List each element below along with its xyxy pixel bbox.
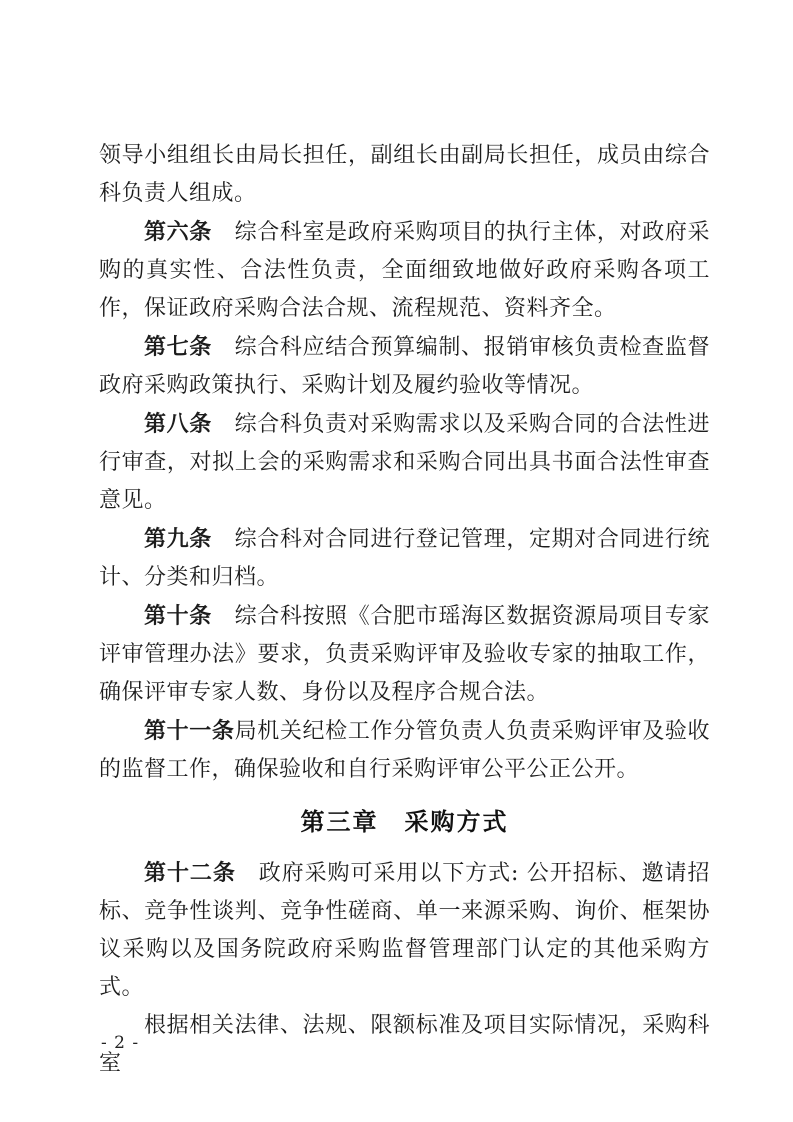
paragraph: 根据相关法律、法规、限额标准及项目实际情况，采购科室 [99, 1007, 710, 1083]
article-number: 第八条 [144, 411, 212, 437]
article-number: 第七条 [144, 334, 212, 360]
paragraph: 第七条 综合科应结合预算编制、报销审核负责检查监督政府采购政策执行、采购计划及履… [99, 328, 710, 405]
paragraph: 领导小组组长由局长担任，副组长由副局长担任，成员由综合科负责人组成。 [99, 137, 710, 213]
page-number: - 2 - [101, 1033, 139, 1053]
paragraph: 第八条 综合科负责对采购需求以及采购合同的合法性进行审查，对拟上会的采购需求和采… [99, 405, 710, 520]
article-number: 第十二条 [144, 860, 236, 886]
document-body: 领导小组组长由局长担任，副组长由副局长担任，成员由综合科负责人组成。第六条 综合… [99, 137, 710, 1083]
chapter-heading: 第三章 采购方式 [99, 802, 710, 842]
paragraph-text: 根据相关法律、法规、限额标准及项目实际情况，采购科室 [99, 1013, 710, 1076]
article-number: 第十一条 [144, 718, 235, 744]
article-number: 第九条 [144, 526, 212, 552]
document-page: 领导小组组长由局长担任，副组长由副局长担任，成员由综合科负责人组成。第六条 综合… [0, 0, 793, 1122]
paragraph: 第六条 综合科室是政府采购项目的执行主体，对政府采购的真实性、合法性负责，全面细… [99, 213, 710, 328]
article-number: 第六条 [144, 219, 212, 245]
paragraph: 第十条 综合科按照《合肥市瑶海区数据资源局项目专家评审管理办法》要求，负责采购评… [99, 597, 710, 712]
page-footer: - 2 - [101, 1033, 139, 1053]
paragraph: 第十一条局机关纪检工作分管负责人负责采购评审及验收的监督工作，确保验收和自行采购… [99, 712, 710, 789]
paragraph-text: 领导小组组长由局长担任，副组长由副局长担任，成员由综合科负责人组成。 [99, 143, 710, 206]
paragraph: 第十二条 政府采购可采用以下方式: 公开招标、邀请招标、竞争性谈判、竞争性磋商、… [99, 854, 710, 1007]
paragraph: 第九条 综合科对合同进行登记管理，定期对合同进行统计、分类和归档。 [99, 520, 710, 597]
article-number: 第十条 [144, 603, 212, 629]
